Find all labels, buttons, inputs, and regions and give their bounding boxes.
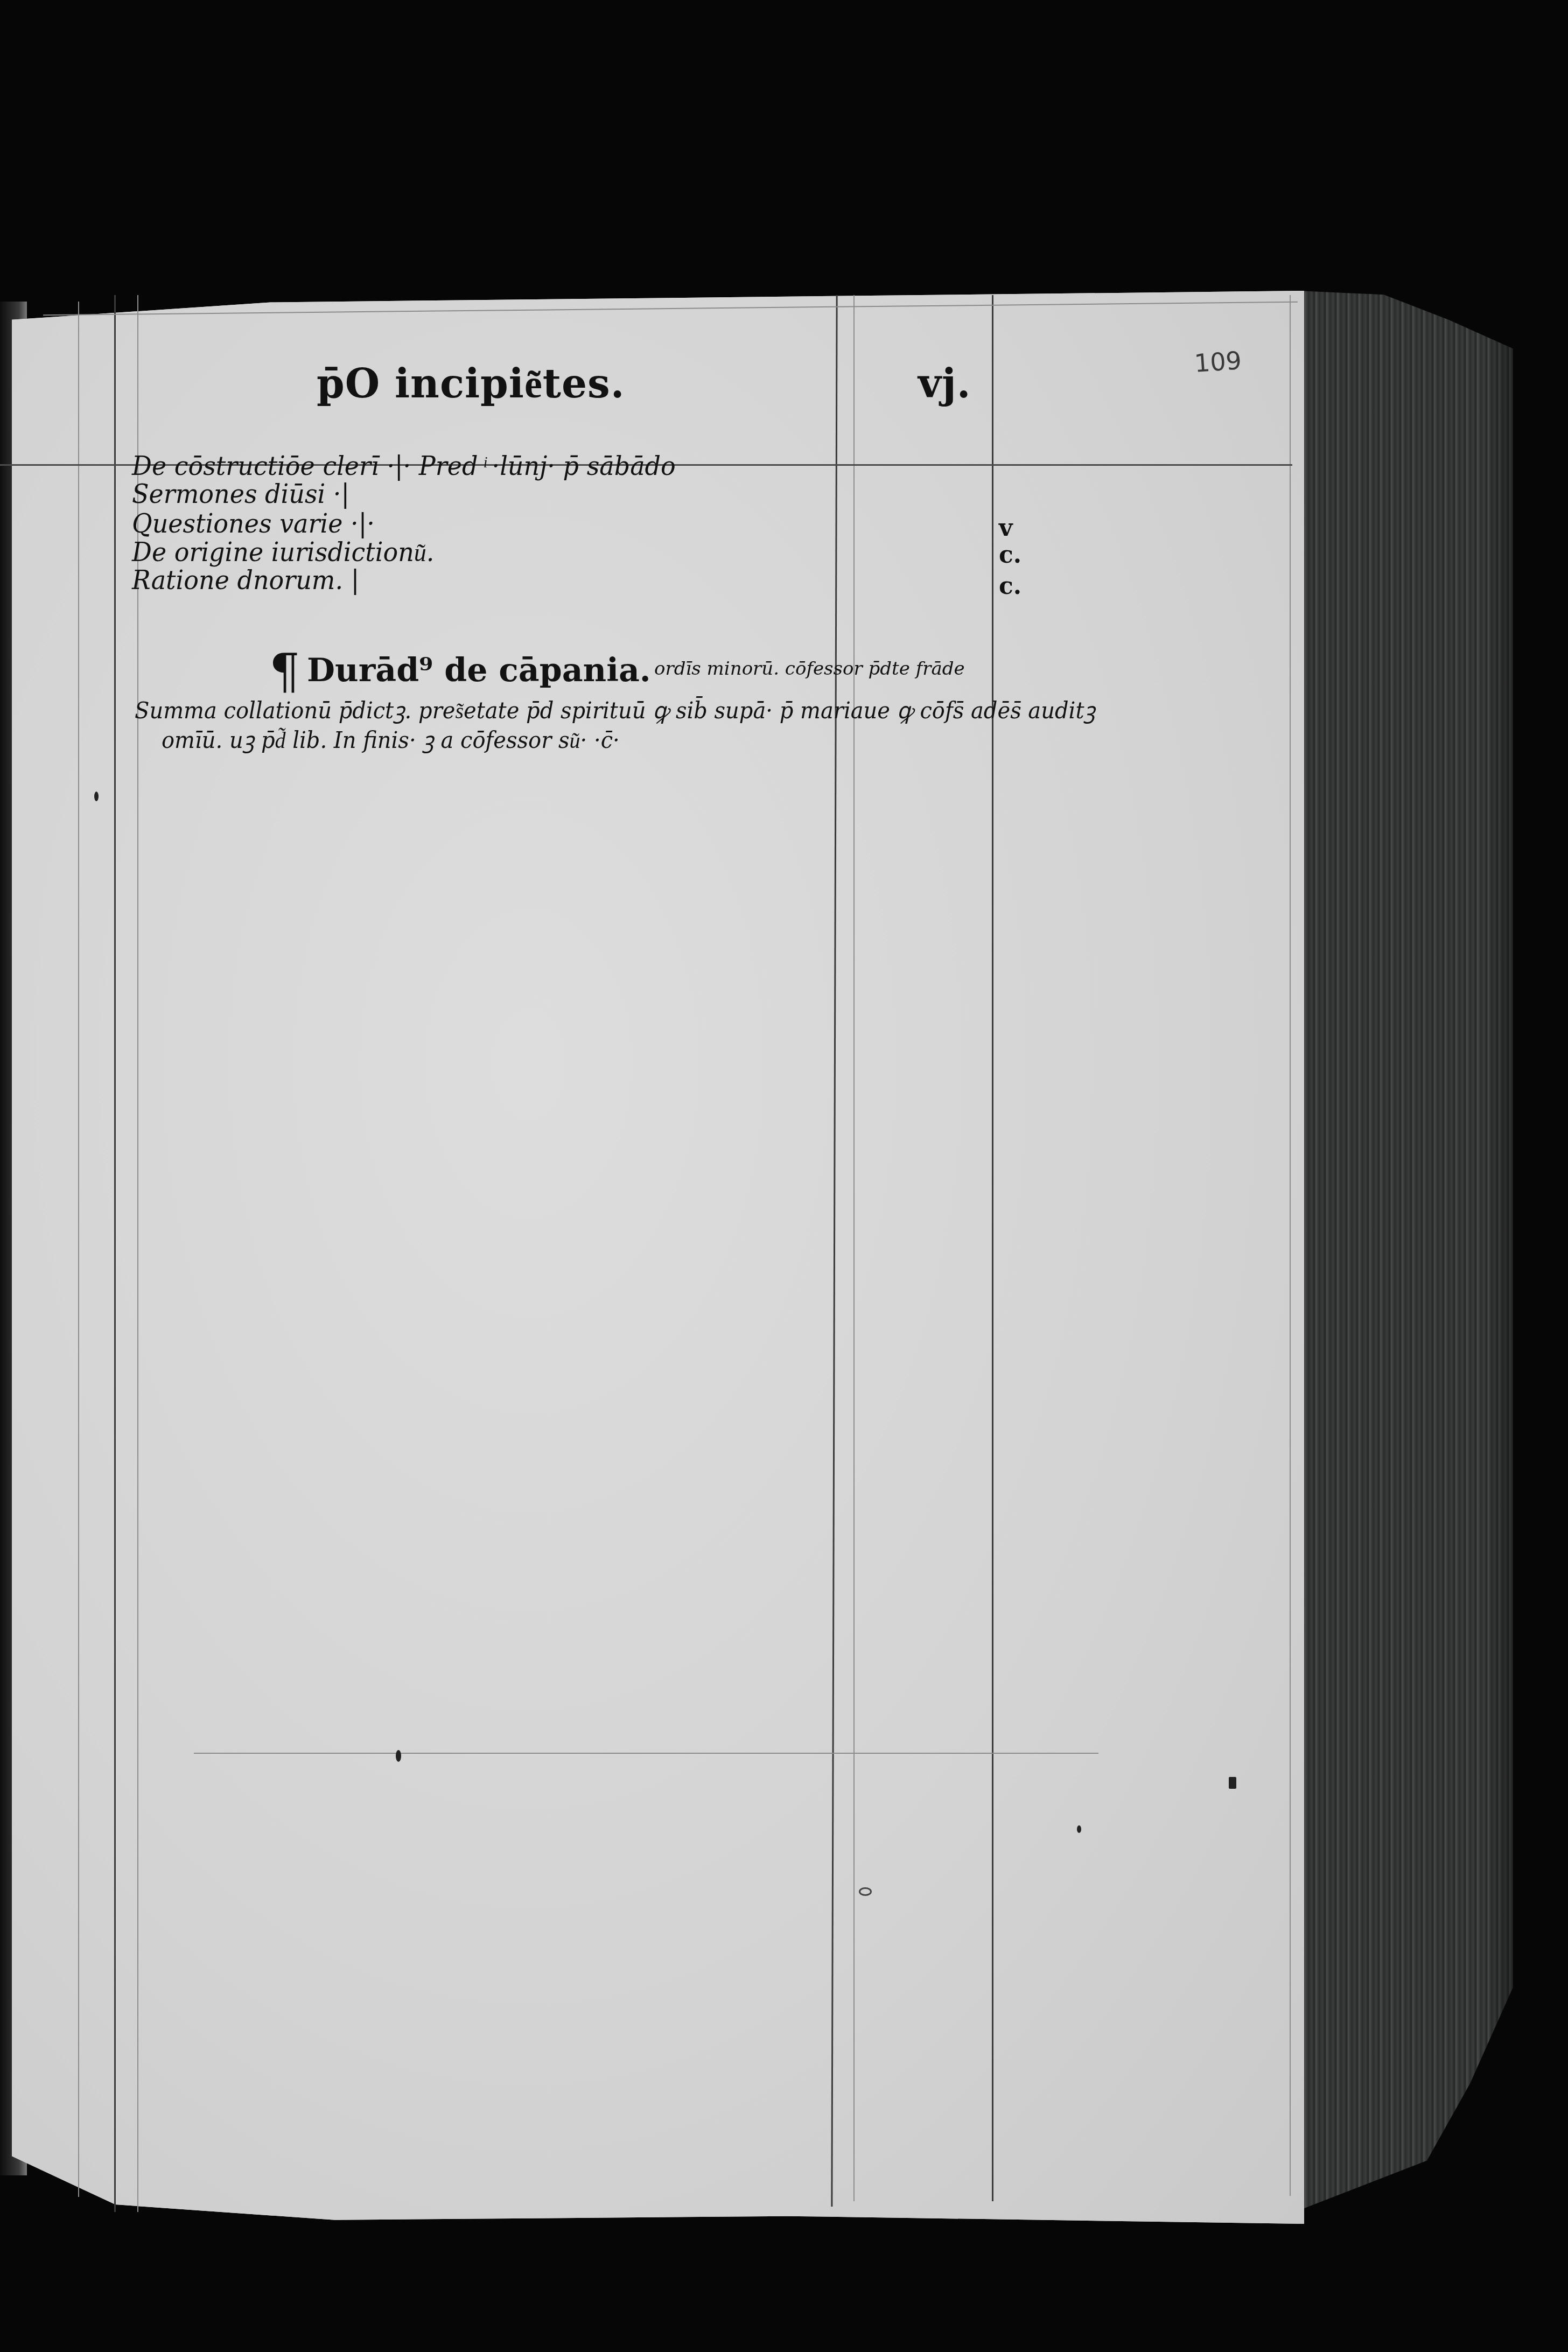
entry-line: De cōstructiōe clerī ·|· Pred ͥ ·lūnj· p… xyxy=(132,451,676,481)
rubric-author: Durād⁹ de cāpania. xyxy=(307,652,651,689)
ruling-line-lower xyxy=(194,1753,1098,1754)
entry-line: Ratione dnorum. | xyxy=(132,565,359,596)
running-heading: p̄O incipie͂tes. xyxy=(317,361,625,408)
ruling-line-outer-left xyxy=(78,302,79,2197)
marginal-letter: c. xyxy=(999,572,1021,600)
marginal-letter: c. xyxy=(999,541,1021,569)
rubric-text-line: Summa collationū p̄dictꝫ. pres͂etate p̄d… xyxy=(135,694,1095,725)
entry-line: Questiones varie ·|· xyxy=(132,508,375,539)
folio-number: 109 xyxy=(1193,346,1242,378)
ruling-line-column-inner xyxy=(853,295,855,2201)
ruling-line-outer-right xyxy=(1290,295,1291,2196)
column-number: vj. xyxy=(918,361,971,407)
ink-speck xyxy=(396,1750,401,1762)
fore-edge-shadow xyxy=(1486,269,1568,2262)
rubric-author-suffix: ordīs minorū. cōfessor p̄dte frāde xyxy=(654,658,965,680)
ink-speck xyxy=(859,1887,872,1896)
rubric-text-line: omīū. uꝫ p̄d͂ lib. In finis· ꝫ a cōfesso… xyxy=(162,724,620,755)
entry-line: Sermones diūsi ·| xyxy=(132,479,349,509)
book-fore-edge xyxy=(1298,291,1513,2218)
ink-speck xyxy=(1077,1825,1081,1833)
entry-line: De origine iurisdictionu͂. xyxy=(132,537,434,568)
ink-speck xyxy=(1229,1777,1236,1789)
pilcrow-icon: ¶ xyxy=(269,643,300,700)
ruling-line-right-margin xyxy=(992,295,993,2201)
marginal-letter: v xyxy=(999,514,1013,542)
ruling-line-left-margin xyxy=(114,295,116,2212)
ink-speck xyxy=(94,792,99,801)
